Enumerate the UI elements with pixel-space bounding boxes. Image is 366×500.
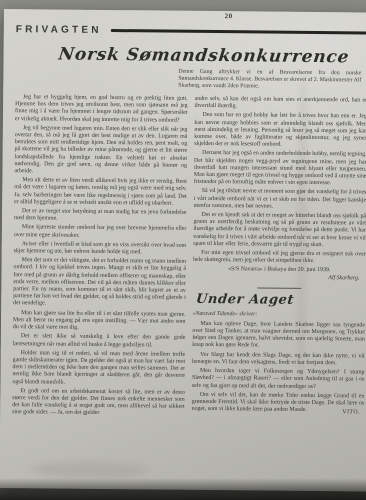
paragraph: Det er en kjendt sak at det er meget av … bbox=[193, 212, 366, 250]
masthead-row: FRIVAGTEN bbox=[16, 24, 366, 38]
right-column: andre selv, så kan det også om ham sies … bbox=[192, 96, 366, 422]
page-number: 20 bbox=[225, 12, 233, 20]
magazine-page: 20 FRIVAGTEN Norsk Sømandskonkurrence De… bbox=[0, 9, 366, 492]
right-column-text: andre selv, så kan det også om ham sies … bbox=[193, 96, 366, 266]
article-title: Norsk Sømandskonkurrence bbox=[57, 45, 366, 68]
paragraph: Så vil jeg tilslutt nevne et moment som … bbox=[194, 188, 366, 211]
paragraph: Mine kjæreste stunder ombord har jeg ove… bbox=[14, 225, 187, 241]
paragraph: Dernæst har jeg også en anden underholde… bbox=[194, 150, 366, 188]
photo-background: 20 FRIVAGTEN Norsk Sømandskonkurrence De… bbox=[0, 0, 366, 500]
paragraph: Men hvordan tager vi Folkesorgen og Ydmy… bbox=[192, 368, 365, 391]
paragraph: Men det som er det viktigste, det er for… bbox=[13, 257, 186, 309]
paragraph: Jeg vil begynne med lugaren min. Enten d… bbox=[14, 125, 187, 177]
article-intro: Denne Gang aftrykker vi en af Besvarelse… bbox=[178, 69, 361, 92]
paragraph: Men alt dette er av liten verdi allikeve… bbox=[14, 177, 187, 207]
page-edge-shadow bbox=[0, 478, 366, 500]
paragraph: Jeg har et hyggelig hjem, en god hustru … bbox=[15, 94, 188, 124]
masthead-rule bbox=[111, 29, 366, 35]
paragraph: andre selv, så kan det også om ham sies … bbox=[195, 96, 366, 112]
second-article-source: «Næstved Tidende» skriver: bbox=[193, 311, 366, 320]
paragraph: Det er av meget stor betydning at man st… bbox=[14, 208, 187, 224]
masthead-title: FRIVAGTEN bbox=[16, 24, 102, 36]
paragraph: Holder man sig til et rederi, så vil man… bbox=[12, 350, 185, 388]
left-column: Jeg har et hyggelig hjem, en god hustru … bbox=[12, 94, 188, 420]
paragraph: Den som har en god hobby har lett for å … bbox=[194, 112, 366, 150]
article-body: Jeg har et hyggelig hjem, en god hustru … bbox=[12, 94, 366, 422]
paragraph: Vor Slægt har kendt den Slags Dage, og d… bbox=[192, 352, 365, 368]
paper-stain bbox=[30, 461, 150, 478]
second-article-title: Under Aaget bbox=[195, 292, 366, 309]
paragraph: Det er slett ikke så vanskelig å leve ef… bbox=[13, 333, 186, 349]
paragraph: Et godt ord om en arbeidskamerat koster … bbox=[12, 388, 185, 418]
paragraph: Aviser eller i hvertfall et blad som gir… bbox=[14, 241, 187, 257]
section-divider bbox=[257, 287, 301, 288]
paragraph: Man kan gjøre saa lite fra eller til i e… bbox=[13, 310, 186, 333]
article-author-signature: Alf Skarberg. bbox=[193, 273, 360, 282]
paragraph: For min egen trivsel ombord vil jeg gjer… bbox=[193, 250, 366, 266]
paragraph: Man kan opleve Dage, hvor Landets Skæbne… bbox=[192, 321, 365, 351]
second-article-text: Man kan opleve Dage, hvor Landets Skæbne… bbox=[192, 321, 365, 415]
